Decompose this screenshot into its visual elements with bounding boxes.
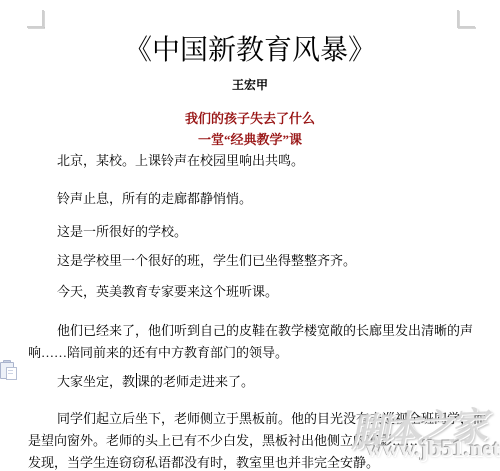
paragraph-line[interactable]: 是望向窗外。老师的头上已有不少白发，黑板衬出他侧立的剪影……	[28, 430, 472, 452]
margin-crop-mark-top-right-vertical	[457, 10, 459, 27]
paragraph-line[interactable]: 发现，当学生连窃窃私语都没有时，教室里也并非完全安静。	[28, 452, 472, 471]
paragraph-line[interactable]: 今天，英美教育专家要来这个班听课。	[28, 281, 472, 303]
paragraph-line[interactable]: 同学们起立后坐下，老师侧立于黑板前。他的目光没有去巡视全班同学，而	[28, 408, 472, 430]
paragraph-line[interactable]: 铃声止息，所有的走廊都静悄悄。	[28, 188, 472, 210]
paragraph-6: 他们已经来了，他们听到自己的皮鞋在教学楼宽敞的长廊里发出清晰的声 响……陪同前来…	[28, 320, 472, 364]
paragraph-line[interactable]: 这是一所很好的学校。	[28, 221, 472, 243]
paragraph-5: 今天，英美教育专家要来这个班听课。	[28, 281, 472, 303]
paragraph-1: 北京，某校。上课铃声在校园里响出共鸣。	[28, 150, 472, 172]
paragraph-line[interactable]: 北京，某校。上课铃声在校园里响出共鸣。	[28, 150, 472, 172]
paragraph-2: 铃声止息，所有的走廊都静悄悄。	[28, 188, 472, 210]
paragraph-line[interactable]: 他们已经来了，他们听到自己的皮鞋在教学楼宽敞的长廊里发出清晰的声	[28, 320, 472, 342]
margin-crop-mark-top-left-horizontal	[27, 26, 44, 28]
paragraph-3: 这是一所很好的学校。	[28, 221, 472, 243]
subtitle-line-1[interactable]: 我们的孩子失去了什么	[28, 108, 472, 129]
margin-crop-mark-top-right-horizontal	[457, 26, 475, 28]
body-text: 北京，某校。上课铃声在校园里响出共鸣。 铃声止息，所有的走廊都静悄悄。 这是一所…	[28, 150, 472, 471]
paragraph-line[interactable]: 响……陪同前来的还有中方教育部门的领导。	[28, 342, 472, 364]
paragraph-line[interactable]: 这是学校里一个很好的班，学生们已坐得整整齐齐。	[28, 250, 472, 272]
paragraph-line-with-cursor[interactable]: 大家坐定，教课的老师走进来了。	[28, 371, 472, 393]
paragraph-4: 这是学校里一个很好的班，学生们已坐得整整齐齐。	[28, 250, 472, 272]
paragraph-8: 同学们起立后坐下，老师侧立于黑板前。他的目光没有去巡视全班同学，而 是望向窗外。…	[28, 408, 472, 471]
clipboard-page-line	[8, 370, 13, 371]
subtitle-line-2[interactable]: 一堂“经典教学”课	[28, 129, 472, 150]
text-after-caret: 课的老师走进来了。	[137, 374, 254, 389]
paragraph-7: 大家坐定，教课的老师走进来了。	[28, 371, 472, 393]
clipboard-page-line	[8, 373, 13, 374]
text-before-caret: 大家坐定，教	[57, 374, 135, 389]
document-page[interactable]: 《中国新教育风暴》 王宏甲 我们的孩子失去了什么 一堂“经典教学”课 北京，某校…	[28, 36, 472, 471]
margin-crop-mark-top-left-vertical	[42, 10, 44, 27]
paste-options-icon[interactable]	[0, 360, 17, 379]
author-name[interactable]: 王宏甲	[28, 78, 472, 92]
document-title[interactable]: 《中国新教育风暴》	[28, 36, 472, 66]
word-document-window: { "page": { "title": "《中国新教育风暴》", "autho…	[0, 0, 500, 471]
